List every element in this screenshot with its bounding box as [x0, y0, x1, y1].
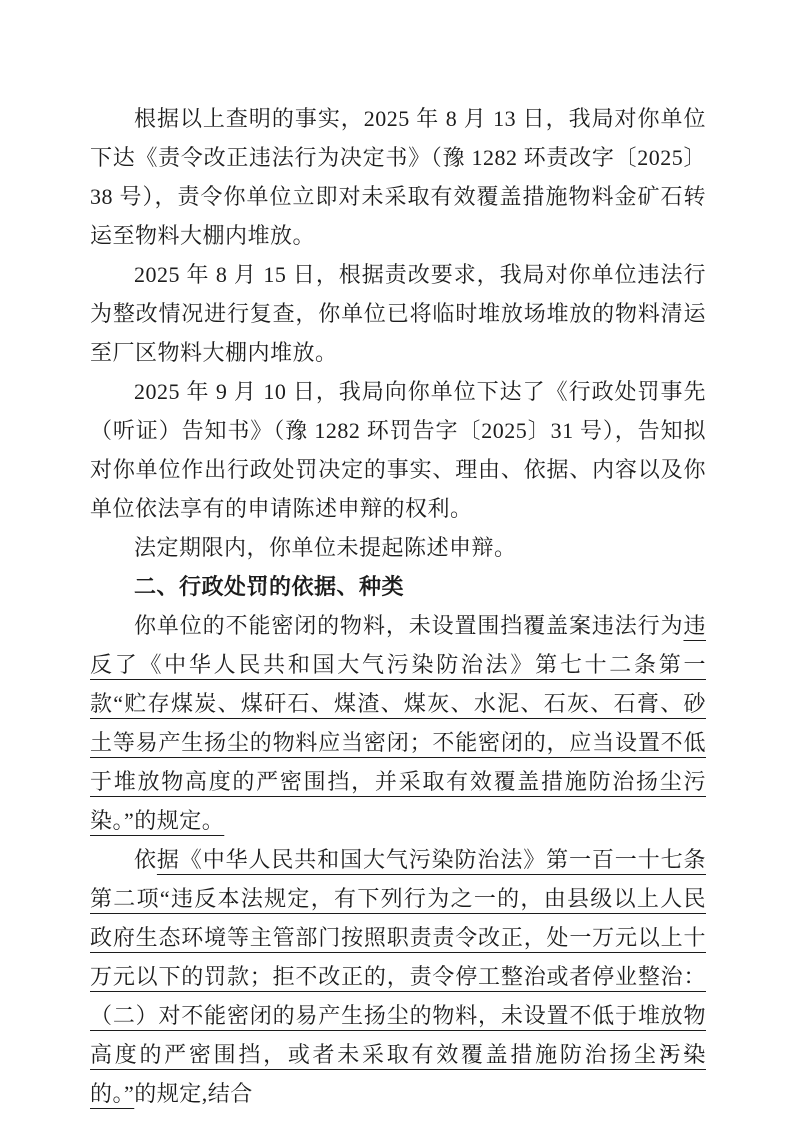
paragraph-law-article-72: 你单位的不能密闭的物料，未设置围挡覆盖案违法行为违反了《中华人民共和国大气污染防… [90, 606, 706, 840]
paragraph-reinspection: 2025 年 8 月 15 日，根据责改要求，我局对你单位违法行为整改情况进行复… [90, 255, 706, 372]
document-page: 根据以上查明的事实，2025 年 8 月 13 日，我局对你单位下达《责令改正违… [0, 0, 793, 1122]
underlined-legal-citation-article-117: 据《中华人民共和国大气污染防治法》第一百一十七条第二项“违反本法规定，有下列行为… [90, 847, 706, 1106]
paragraph-no-defense: 法定期限内，你单位未提起陈述申辩。 [90, 528, 706, 567]
paragraph-compliance-order: 根据以上查明的事实，2025 年 8 月 13 日，我局对你单位下达《责令改正违… [90, 99, 706, 255]
section-heading-penalty-basis: 二、行政处罚的依据、种类 [90, 567, 706, 606]
page-number: - 3 - [645, 1041, 693, 1064]
document-content: 根据以上查明的事实，2025 年 8 月 13 日，我局对你单位下达《责令改正违… [90, 99, 706, 1113]
body-text: 你单位的不能密闭的物料，未设置围挡覆盖案违法行为 [134, 613, 683, 638]
paragraph-prior-notice: 2025 年 9 月 10 日，我局向你单位下达了《行政处罚事先（听证）告知书》… [90, 372, 706, 528]
paragraph-law-article-117: 依据《中华人民共和国大气污染防治法》第一百一十七条第二项“违反本法规定，有下列行… [90, 840, 706, 1113]
body-text: 的规定,结合 [134, 1081, 253, 1106]
underlined-legal-citation-article-72: 违反了《中华人民共和国大气污染防治法》第七十二条第一款“贮存煤炭、煤矸石、煤渣、… [90, 613, 706, 833]
body-text: 依 [134, 847, 157, 872]
